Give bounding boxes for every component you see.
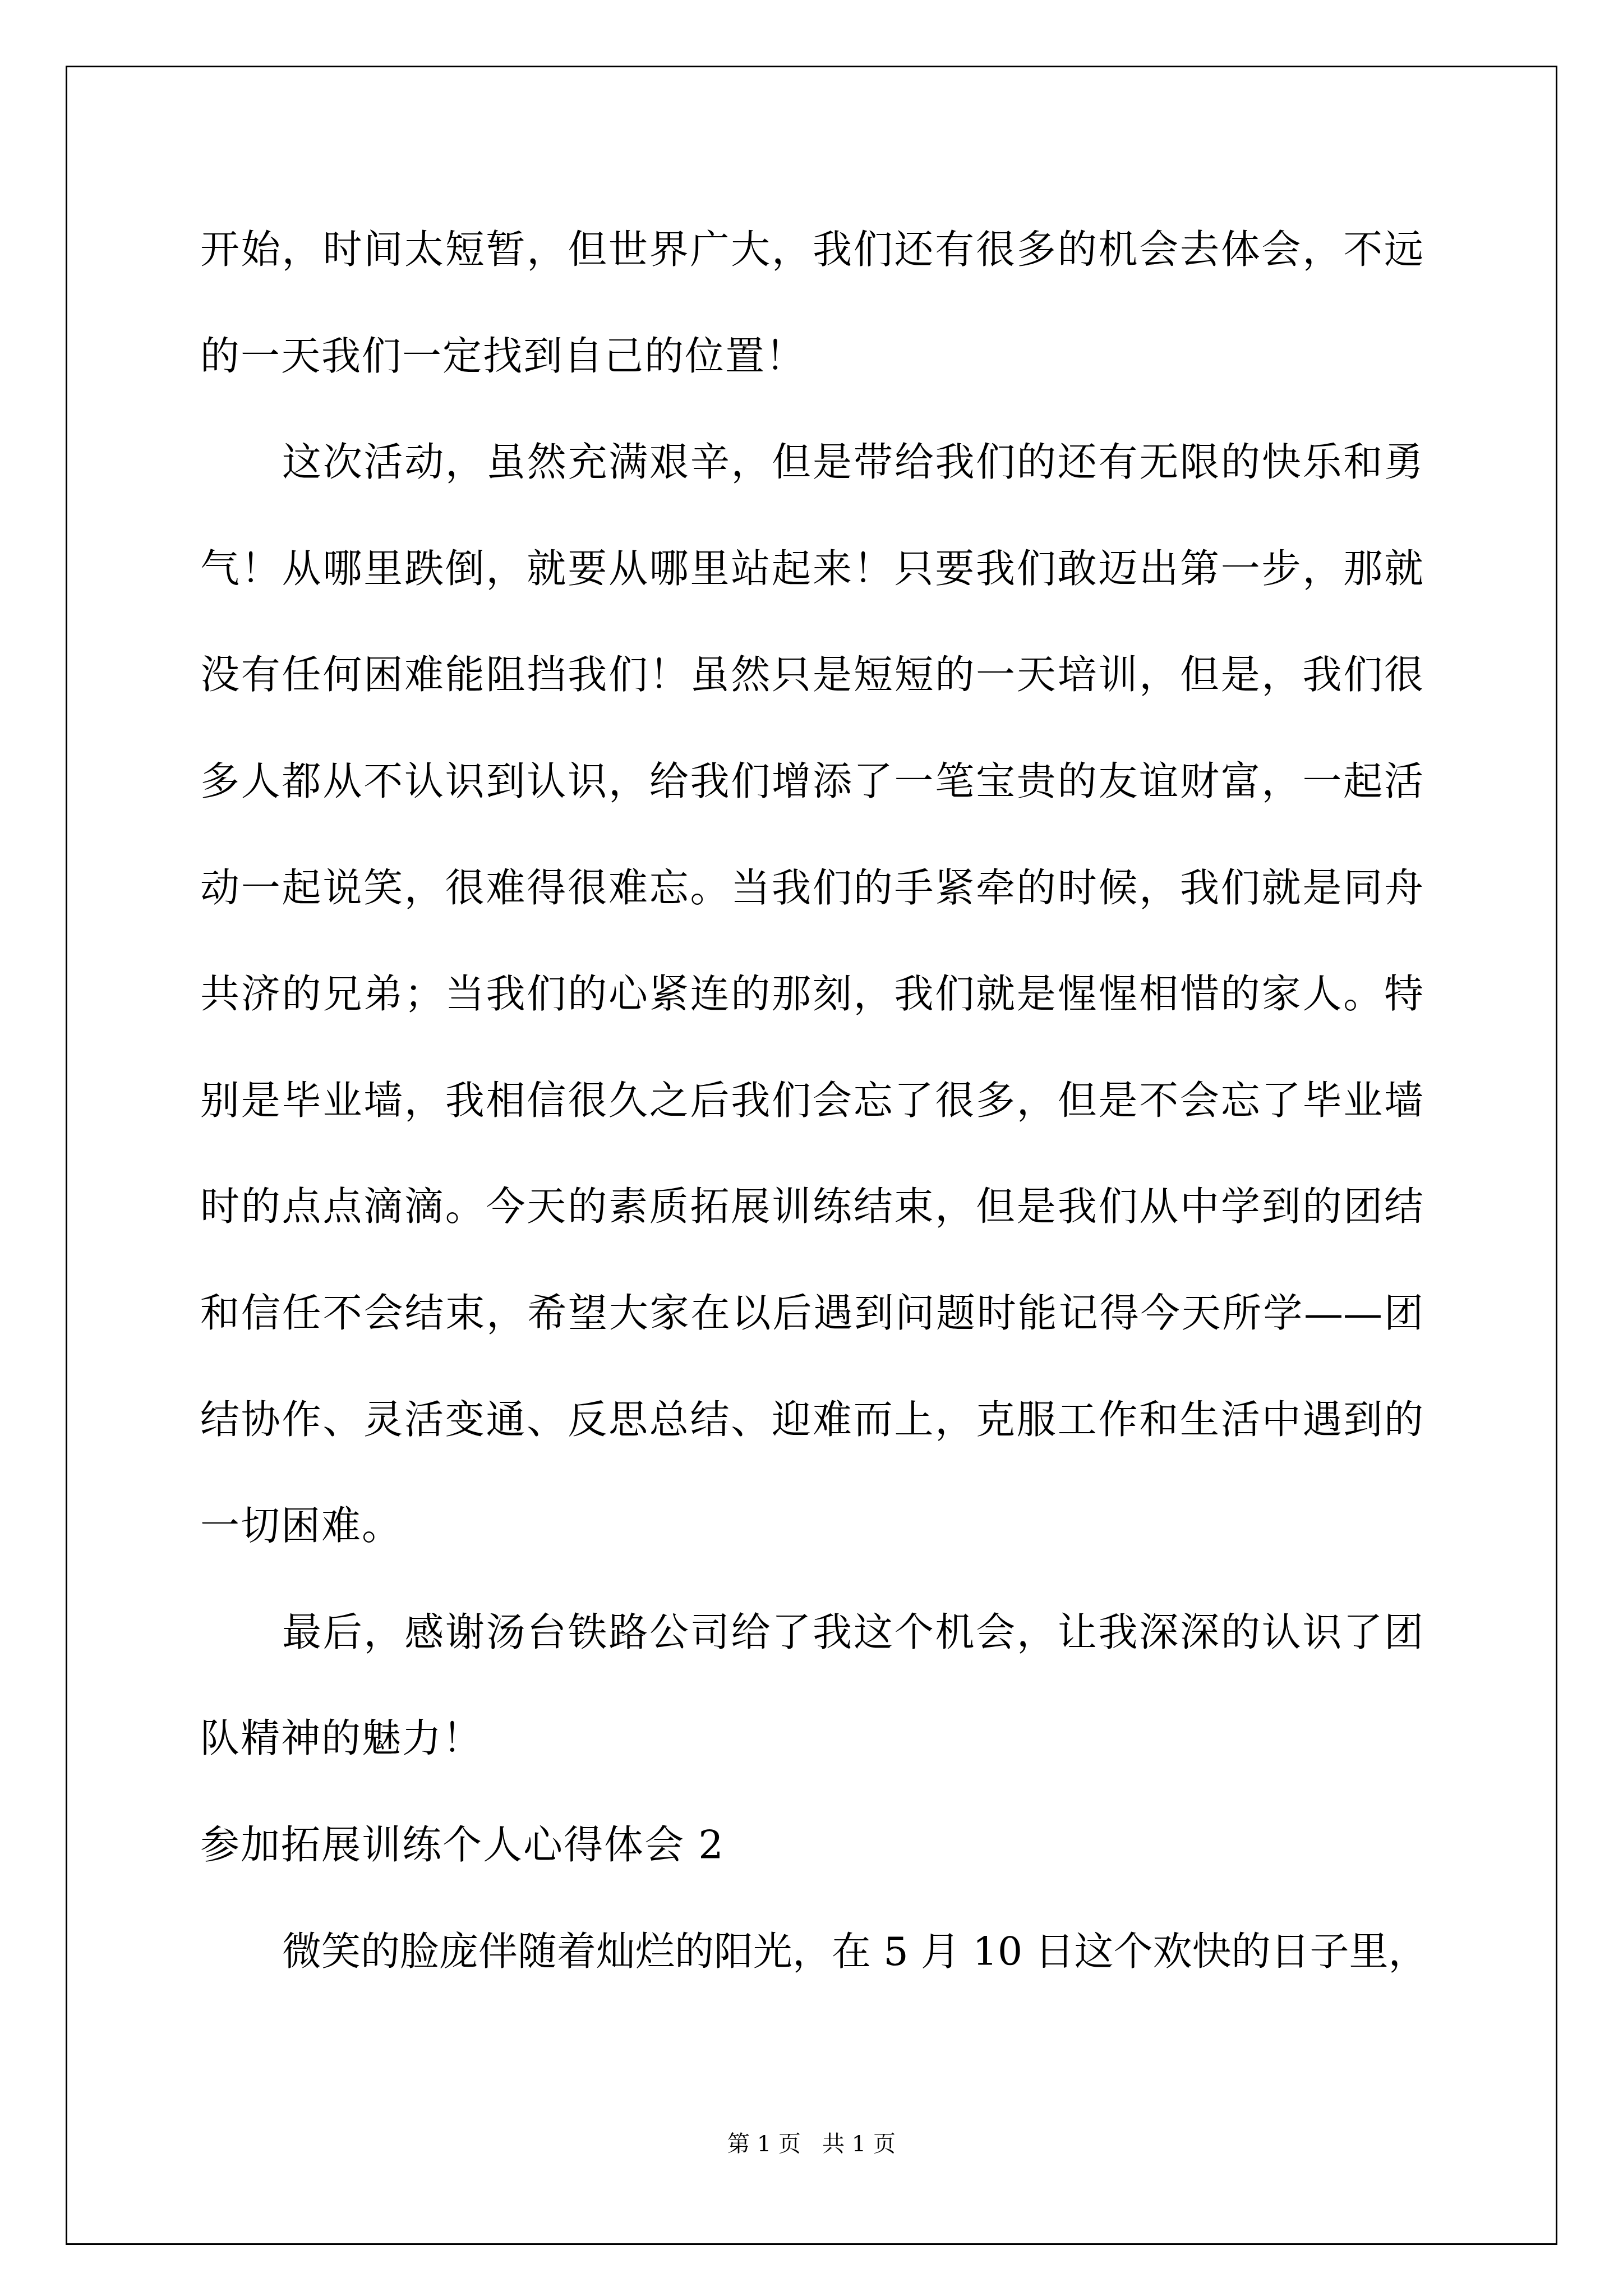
body-line-3-paragraph-start: 这次活动，虽然充满艰辛，但是带给我们的还有无限的快乐和勇 <box>200 435 1423 489</box>
section-heading: 参加拓展训练个人心得体会 2 <box>200 1818 1423 1872</box>
body-line-9: 别是毕业墙，我相信很久之后我们会忘了很多，但是不会忘了毕业墙 <box>200 1074 1423 1128</box>
body-line-7: 动一起说笑，很难得很难忘。当我们的手紧牵的时候，我们就是同舟 <box>200 861 1423 915</box>
body-line-6: 多人都从不认识到认识，给我们增添了一笔宝贵的友谊财富，一起活 <box>200 754 1423 808</box>
body-line-10: 时的点点滴滴。今天的素质拓展训练结束，但是我们从中学到的团结 <box>200 1180 1423 1234</box>
body-line-1: 开始，时间太短暂，但世界广大，我们还有很多的机会去体会，不远 <box>200 223 1423 277</box>
body-line-17-paragraph-start: 微笑的脸庞伴随着灿烂的阳光，在 5 月 10 日这个欢快的日子里， <box>200 1925 1423 1978</box>
page-number-footer: 第 1 页 共 1 页 <box>0 2131 1623 2157</box>
body-line-5: 没有任何困难能阻挡我们！虽然只是短短的一天培训，但是，我们很 <box>200 648 1423 702</box>
body-line-14-paragraph-start: 最后，感谢汤台铁路公司给了我这个机会，让我深深的认识了团 <box>200 1605 1423 1659</box>
body-line-11: 和信任不会结束，希望大家在以后遇到问题时能记得今天所学——团 <box>200 1286 1423 1340</box>
body-line-8: 共济的兄弟；当我们的心紧连的那刻，我们就是惺惺相惜的家人。特 <box>200 967 1423 1021</box>
body-line-13: 一切困难。 <box>200 1499 1423 1553</box>
body-line-15: 队精神的魅力！ <box>200 1711 1423 1765</box>
body-line-12: 结协作、灵活变通、反思总结、迎难而上，克服工作和生活中遇到的 <box>200 1393 1423 1447</box>
page-border-frame <box>66 66 1557 2245</box>
body-line-4: 气！从哪里跌倒，就要从哪里站起来！只要我们敢迈出第一步，那就 <box>200 542 1423 596</box>
body-line-2: 的一天我们一定找到自己的位置！ <box>200 329 1423 383</box>
